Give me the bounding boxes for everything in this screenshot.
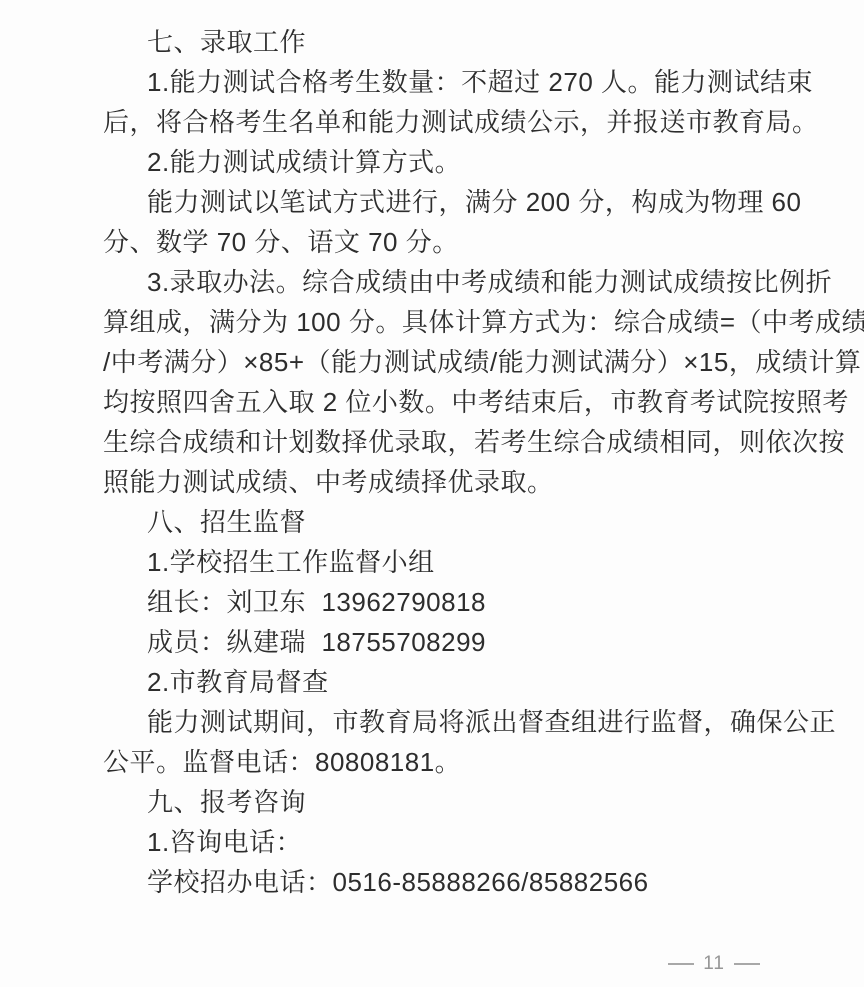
text-line: 能力测试期间，市教育局将派出督查组进行监督，确保公正 xyxy=(103,702,783,742)
text-line: 3.录取办法。综合成绩由中考成绩和能力测试成绩按比例折 xyxy=(103,262,783,302)
document-body: 七、录取工作1.能力测试合格考生数量：不超过 270 人。能力测试结束后，将合格… xyxy=(103,22,783,902)
section-heading-line: 九、报考咨询 xyxy=(103,782,783,822)
text-line: 1.能力测试合格考生数量：不超过 270 人。能力测试结束 xyxy=(103,62,783,102)
footer-dash-right-icon xyxy=(734,963,760,965)
footer-dash-left-icon xyxy=(668,963,694,965)
text-line: 分、数学 70 分、语文 70 分。 xyxy=(103,222,783,262)
text-line: 后，将合格考生名单和能力测试成绩公示，并报送市教育局。 xyxy=(103,102,783,142)
document-page: 七、录取工作1.能力测试合格考生数量：不超过 270 人。能力测试结束后，将合格… xyxy=(0,0,864,987)
text-line: 公平。监督电话：80808181。 xyxy=(103,742,783,782)
text-line: 1.学校招生工作监督小组 xyxy=(103,542,783,582)
text-line: 均按照四舍五入取 2 位小数。中考结束后，市教育考试院按照考 xyxy=(103,382,783,422)
text-line: 照能力测试成绩、中考成绩择优录取。 xyxy=(103,462,783,502)
page-number: 11 xyxy=(703,953,725,975)
text-line: 组长：刘卫东 13962790818 xyxy=(103,582,783,622)
text-line: 2.能力测试成绩计算方式。 xyxy=(103,142,783,182)
section-heading-line: 八、招生监督 xyxy=(103,502,783,542)
page-footer: 11 xyxy=(668,953,760,975)
text-line: 算组成，满分为 100 分。具体计算方式为：综合成绩=（中考成绩 xyxy=(103,302,783,342)
text-line: 学校招办电话：0516-85888266/85882566 xyxy=(103,862,783,902)
text-line: 生综合成绩和计划数择优录取，若考生综合成绩相同，则依次按 xyxy=(103,422,783,462)
text-line: /中考满分）×85+（能力测试成绩/能力测试满分）×15，成绩计算 xyxy=(103,342,783,382)
text-line: 成员：纵建瑞 18755708299 xyxy=(103,622,783,662)
text-line: 能力测试以笔试方式进行，满分 200 分，构成为物理 60 xyxy=(103,182,783,222)
text-line: 1.咨询电话： xyxy=(103,822,783,862)
section-heading-line: 七、录取工作 xyxy=(103,22,783,62)
text-line: 2.市教育局督查 xyxy=(103,662,783,702)
